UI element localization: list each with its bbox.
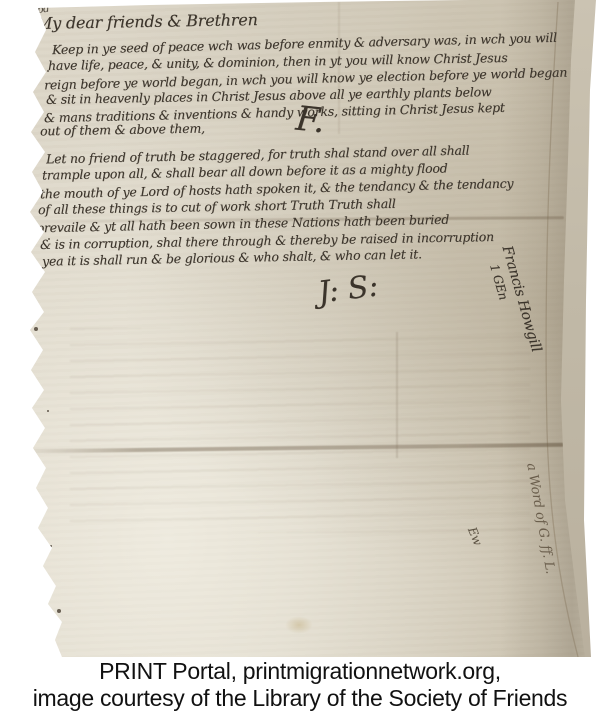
manuscript-photo: Supd My dear friends & Brethren Keep in …	[0, 0, 600, 657]
manuscript-line: out of them & above them,	[40, 121, 205, 139]
caption-line-1: PRINT Portal, printmigrationnetwork.org,	[0, 658, 600, 685]
salutation: My dear friends & Brethren	[36, 10, 258, 33]
caption: PRINT Portal, printmigrationnetwork.org,…	[0, 657, 600, 715]
ink-showthrough	[70, 328, 530, 533]
manuscript-paper: Supd My dear friends & Brethren Keep in …	[0, 0, 600, 657]
flourish-mark: F.	[294, 99, 327, 142]
torn-edge-specks	[0, 0, 2, 2]
paper-stain	[285, 616, 313, 634]
caption-line-2: image courtesy of the Library of the Soc…	[0, 685, 600, 712]
signature: J: S:	[316, 268, 380, 310]
